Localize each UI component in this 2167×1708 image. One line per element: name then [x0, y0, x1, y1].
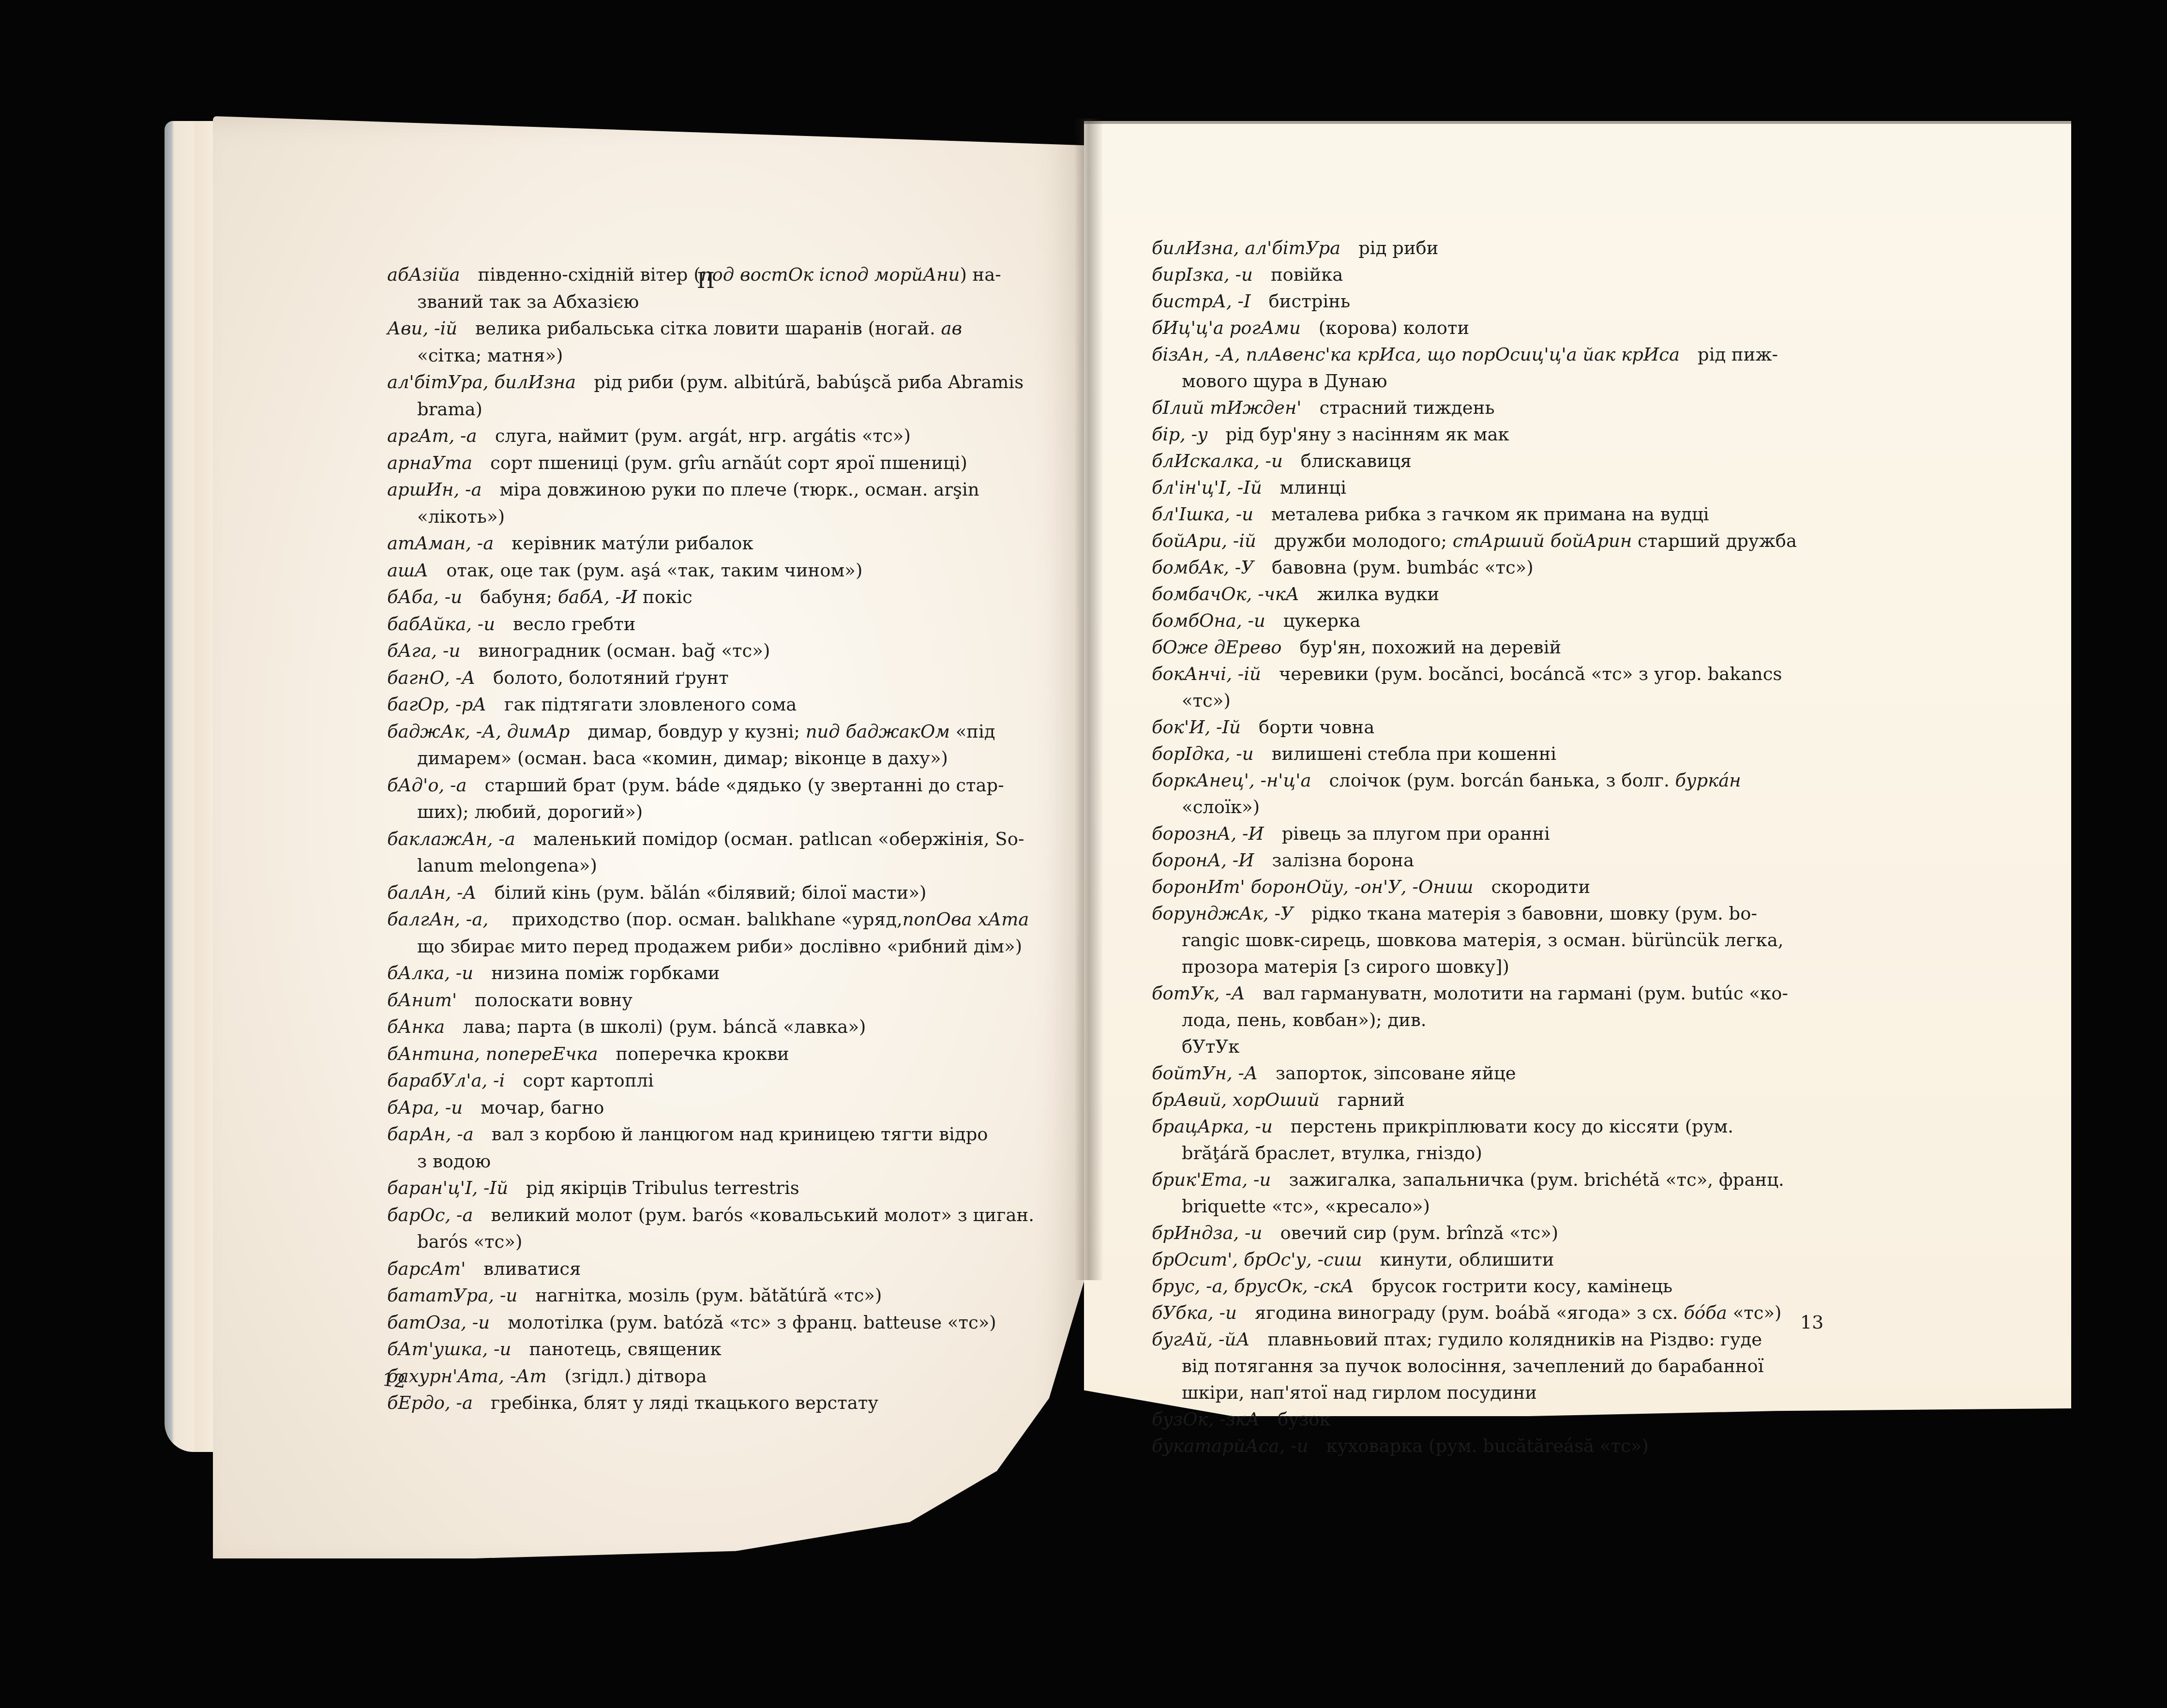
entry-gloss: димар, бовдур у кузні;	[588, 721, 806, 742]
entry-gloss: міра довжиною руки по плече (тюрк., осма…	[500, 479, 979, 500]
entry-headword: бАга, -и	[387, 640, 460, 661]
entry-gloss: сорт пшениці (рум. grîu arnăút сорт ярої…	[490, 453, 967, 473]
dictionary-entry: балгАн, -а, приходство (пор. осман. balı…	[387, 906, 1065, 933]
dictionary-entry: аршИн, -а міра довжиною руки по плече (т…	[387, 476, 1065, 503]
entry-headword: боронИт' боронОйу, -он'У, -Ониш	[1152, 877, 1473, 897]
entry-gloss: рід пиж-	[1698, 344, 1778, 365]
dictionary-entry: абАзійа південно-східній вітер (под вост…	[387, 261, 1065, 288]
entry-headword: бататУра, -и	[387, 1285, 517, 1306]
entry-headword: бОже дЕрево	[1152, 637, 1282, 658]
entry-continuation: лода, пень, ковбан»); див.	[1152, 1007, 1839, 1033]
entry-headword: абАзійа	[387, 264, 460, 285]
entry-headword: бомбачОк, -чкА	[1152, 584, 1299, 605]
dictionary-entry: атАман, -а керівник матýли рибалок	[387, 530, 1065, 557]
dictionary-entry: боронА, -И залізна борона	[1152, 847, 1839, 874]
dictionary-entry: бИц'ц'а рогАми (корова) колоти	[1152, 315, 1839, 341]
entry-gloss: борти човна	[1259, 717, 1374, 738]
entry-italic-note: буркáн	[1675, 770, 1741, 791]
entry-headword: балгАн, -а,	[387, 909, 494, 930]
entry-gloss: вал гармануватн, молотити на гармані (ру…	[1263, 983, 1788, 1004]
entry-italic-note: стАрший бойАрин	[1453, 530, 1632, 551]
entry-headword: брик'Ета, -и	[1152, 1169, 1271, 1190]
entry-continuation: brăţáră браслет, втулка, гніздо)	[1152, 1140, 1839, 1166]
entry-gloss: весло гребти	[513, 614, 635, 635]
entry-continuation: з водою	[387, 1148, 1065, 1175]
entry-italic-note: бóба	[1684, 1302, 1727, 1323]
left-page-entries: абАзійа південно-східній вітер (под вост…	[387, 261, 1065, 1417]
entry-gloss: повійка	[1271, 264, 1343, 285]
entry-continuation: від потягання за пучок волосіння, зачепл…	[1152, 1353, 1839, 1379]
dictionary-entry: боронИт' боронОйу, -он'У, -Ониш скородит…	[1152, 874, 1839, 900]
entry-headword: багнО, -А	[387, 667, 475, 688]
entry-headword: брОсит', брОс'у, -сиш	[1152, 1249, 1362, 1270]
entry-gloss: жилка вудки	[1317, 584, 1439, 605]
entry-continuation: шкіри, нап'ятої над гирлом посудини	[1152, 1379, 1839, 1406]
entry-continuation: brama)	[387, 396, 1065, 423]
entry-headword: бахурн'Ата, -Ат	[387, 1366, 547, 1387]
dictionary-entry: бАт'ушка, -и панотець, священик	[387, 1336, 1065, 1363]
entry-headword: ашА	[387, 560, 428, 581]
entry-headword: бАнит'	[387, 990, 457, 1011]
entry-gloss: блискавиця	[1301, 451, 1412, 471]
entry-gloss: кинути, облишити	[1380, 1249, 1554, 1270]
dictionary-entry: бАра, -и мочар, багно	[387, 1094, 1065, 1121]
entry-gloss: зажигалка, запальничка (рум. brichétă «т…	[1289, 1169, 1784, 1190]
entry-headword: бабАйка, -и	[387, 614, 495, 635]
entry-continuation: barós «тс»)	[387, 1228, 1065, 1255]
entry-headword: бок'И, -Ій	[1152, 717, 1241, 738]
entry-headword: барОс, -а	[387, 1205, 473, 1225]
entry-headword: бАра, -и	[387, 1097, 463, 1118]
entry-gloss: мочар, багно	[481, 1097, 604, 1118]
entry-continuation: «тс»)	[1152, 687, 1839, 714]
dictionary-entry: бАнка лава; парта (в школі) (рум. báncă …	[387, 1013, 1065, 1041]
entry-italic-note: под востОк іспод морйАни	[701, 264, 960, 285]
entry-continuation: прозора матерія [з сирого шовку])	[1152, 953, 1839, 980]
dictionary-entry: бір, -у рід бур'яну з насінням як мак	[1152, 421, 1839, 448]
dictionary-entry: Ави, -ій велика рибальська сітка ловити …	[387, 315, 1065, 342]
dictionary-entry: барОс, -а великий молот (рум. barós «ков…	[387, 1202, 1065, 1229]
entry-headword: бАба, -и	[387, 587, 462, 607]
entry-gloss-tail: покіс	[637, 587, 692, 607]
entry-italic-note: попОва хАта	[903, 909, 1029, 930]
dictionary-entry: бугАй, -йА плавньовий птах; гудило коляд…	[1152, 1326, 1839, 1353]
entry-headword: барАн, -а	[387, 1124, 474, 1145]
entry-gloss: черевики (рум. bocănci, bocáncă «тс» з у…	[1279, 664, 1782, 684]
entry-gloss: лава; парта (в школі) (рум. báncă «лавка…	[463, 1016, 866, 1037]
entry-gloss: гак підтягати зловленого сома	[504, 694, 797, 715]
entry-continuation: lanum melongena»)	[387, 852, 1065, 879]
dictionary-entry: бистрА, -І бистрінь	[1152, 288, 1839, 315]
entry-gloss: плавньовий птах; гудило колядників на Рі…	[1267, 1329, 1762, 1350]
entry-gloss: залізна борона	[1272, 850, 1414, 871]
entry-headword: бАнтина, попереЕчка	[387, 1043, 598, 1064]
entry-gloss: отак, оце так (рум. aşá «так, таким чино…	[446, 560, 862, 581]
entry-continuation: бУтУк	[1152, 1033, 1839, 1060]
entry-headword: борІдка, -и	[1152, 743, 1254, 764]
entry-gloss: поперечка крокви	[616, 1043, 789, 1064]
dictionary-entry: ашА отак, оце так (рум. aşá «так, таким …	[387, 557, 1065, 584]
dictionary-entry: баджАк, -А, димАр димар, бовдур у кузні;…	[387, 718, 1065, 745]
entry-continuation: rangic шовк-сирець, шовкова матерія, з о…	[1152, 927, 1839, 953]
dictionary-entry: брик'Ета, -и зажигалка, запальничка (рум…	[1152, 1166, 1839, 1193]
dictionary-entry: аргАт, -а слуга, наймит (рум. argát, нгр…	[387, 423, 1065, 450]
entry-headword: балАн, -А	[387, 882, 477, 903]
entry-headword: багОр, -рА	[387, 694, 486, 715]
entry-gloss: полоскати вовну	[475, 990, 632, 1011]
entry-gloss: страсний тиждень	[1319, 397, 1494, 418]
dictionary-entry: баклажАн, -а маленький помідор (осман. p…	[387, 826, 1065, 853]
entry-gloss: рідко ткана матерія з бавовни, шовку (ру…	[1311, 903, 1757, 924]
entry-headword: аргАт, -а	[387, 425, 477, 446]
entry-headword: букатарйАса, -и	[1152, 1436, 1309, 1456]
entry-gloss: нагнітка, мозіль (рум. bătătúră «тс»)	[535, 1285, 882, 1306]
entry-gloss: дружби молодого;	[1274, 530, 1453, 551]
entry-gloss: куховарка (рум. bucătăreásă «тс»)	[1326, 1436, 1649, 1456]
entry-headword: бИц'ц'а рогАми	[1152, 317, 1301, 338]
dictionary-entry: бАлка, -и низина поміж горбками	[387, 960, 1065, 987]
dictionary-entry: бАнит' полоскати вовну	[387, 987, 1065, 1014]
entry-continuation: що збирає мито перед продажем риби» досл…	[387, 933, 1065, 960]
dictionary-entry: билИзна, ал'бітУра рід риби	[1152, 235, 1839, 261]
entry-gloss: брусок гострити косу, камінець	[1372, 1276, 1672, 1297]
dictionary-entry: блИскалка, -и блискавиця	[1152, 448, 1839, 474]
entry-headword: бокАнчі, -ій	[1152, 664, 1261, 684]
dictionary-entry: бузОк, -зкА бузок	[1152, 1406, 1839, 1433]
entry-continuation: димарем» (осман. baca «комин, димар; вік…	[387, 745, 1065, 772]
entry-gloss: бур'ян, похожий на деревій	[1300, 637, 1562, 658]
dictionary-entry: бАнтина, попереЕчка поперечка крокви	[387, 1041, 1065, 1068]
dictionary-entry: бОже дЕрево бур'ян, похожий на деревій	[1152, 634, 1839, 661]
entry-gloss: слоічок (рум. borcán банька, з болг.	[1329, 770, 1675, 791]
entry-continuation: «слоїк»)	[1152, 794, 1839, 820]
page-number-left: 12	[381, 1369, 407, 1392]
dictionary-entry: брОсит', брОс'у, -сиш кинути, облишити	[1152, 1246, 1839, 1273]
dictionary-entry: брацАрка, -и перстень прикріплювати косу…	[1152, 1113, 1839, 1140]
entry-gloss: сорт картоплі	[523, 1070, 654, 1091]
entry-headword: бАд'о, -а	[387, 775, 467, 796]
entry-headword: бАлка, -и	[387, 963, 473, 983]
entry-gloss: рід риби (рум. albitúră, babúşcă риба Ab…	[594, 372, 1023, 393]
entry-gloss: рід якірців Tribulus terrestris	[526, 1178, 799, 1198]
dictionary-entry: ботУк, -А вал гармануватн, молотити на г…	[1152, 980, 1839, 1007]
entry-headword: бІлий тИжден'	[1152, 397, 1301, 418]
entry-gloss: слуга, наймит (рум. argát, нгр. argátis …	[495, 425, 911, 446]
entry-gloss: гребінка, блят у ляді ткацького верстату	[491, 1392, 878, 1413]
entry-headword: атАман, -а	[387, 533, 494, 554]
entry-italic-note: ав	[941, 318, 962, 339]
entry-headword: батОза, -и	[387, 1312, 490, 1333]
dictionary-entry: бататУра, -и нагнітка, мозіль (рум. bătă…	[387, 1282, 1065, 1309]
dictionary-entry: бомбачОк, -чкА жилка вудки	[1152, 581, 1839, 607]
entry-headword: блИскалка, -и	[1152, 451, 1283, 471]
entry-headword: бомбАк, -У	[1152, 557, 1254, 578]
dictionary-entry: бахурн'Ата, -Ат (згідл.) дітвора	[387, 1363, 1065, 1390]
entry-gloss: цукерка	[1283, 610, 1360, 631]
dictionary-entry: бойтУн, -А запорток, зіпсоване яйце	[1152, 1060, 1839, 1087]
entry-gloss: бистрінь	[1269, 291, 1350, 312]
entry-headword: бомбОна, -и	[1152, 610, 1265, 631]
entry-gloss: вливатися	[483, 1258, 581, 1279]
entry-gloss: бавовна (рум. bumbác «тс»)	[1272, 557, 1534, 578]
dictionary-entry: бабАйка, -и весло гребти	[387, 611, 1065, 638]
dictionary-entry: бл'Ішка, -и металева рибка з гачком як п…	[1152, 501, 1839, 528]
dictionary-entry: багнО, -А болото, болотяний ґрунт	[387, 665, 1065, 692]
entry-gloss-tail: «тс»)	[1727, 1302, 1782, 1323]
entry-gloss: овечий сир (рум. brînză «тс»)	[1280, 1223, 1558, 1243]
dictionary-entry: баран'ц'І, -Ій рід якірців Tribulus terr…	[387, 1175, 1065, 1202]
right-page-entries: билИзна, ал'бітУра рід рибибирІзка, -и п…	[1152, 235, 1839, 1459]
entry-headword: бугАй, -йА	[1152, 1329, 1249, 1350]
entry-headword: бл'ін'ц'І, -Ій	[1152, 477, 1262, 498]
dictionary-entry: бІлий тИжден' страсний тиждень	[1152, 394, 1839, 421]
entry-headword: брИндза, -и	[1152, 1223, 1262, 1243]
dictionary-entry: балАн, -А білий кінь (рум. bălán «біляви…	[387, 879, 1065, 907]
entry-gloss: металева рибка з гачком як примана на ву…	[1271, 504, 1709, 525]
dictionary-entry: бізАн, -А, плАвенс'ка крИса, що порОсиц'…	[1152, 341, 1839, 368]
entry-headword: бАнка	[387, 1016, 445, 1037]
dictionary-entry: бл'ін'ц'І, -Ій млинці	[1152, 474, 1839, 501]
dictionary-entry: бАд'о, -а старший брат (рум. báde «дядьк…	[387, 772, 1065, 799]
entry-gloss: вилишені стебла при кошенні	[1272, 743, 1557, 764]
entry-continuation: мового щура в Дунаю	[1152, 368, 1839, 394]
entry-gloss-tail: ) на-	[960, 264, 1001, 285]
entry-gloss: ягодина винограду (рум. boábă «ягода» з …	[1255, 1302, 1684, 1323]
dictionary-entry: борунджАк, -У рідко ткана матерія з баво…	[1152, 900, 1839, 927]
dictionary-entry: брИндза, -и овечий сир (рум. brînză «тс»…	[1152, 1220, 1839, 1246]
entry-continuation: «лікоть»)	[387, 503, 1065, 530]
dictionary-entry: ал'бітУра, билИзна рід риби (рум. albitú…	[387, 369, 1065, 396]
entry-headword: бл'Ішка, -и	[1152, 504, 1253, 525]
entry-gloss: південно-східній вітер (	[478, 264, 701, 285]
dictionary-entry: боркАнец', -н'ц'а слоічок (рум. borcán б…	[1152, 767, 1839, 794]
entry-gloss: старший брат (рум. báde «дядько (у зверт…	[485, 775, 1004, 796]
entry-gloss-tail: старший дружба	[1632, 530, 1797, 551]
dictionary-entry: бойАри, -ій дружби молодого; стАрший бой…	[1152, 528, 1839, 554]
entry-headword: бистрА, -І	[1152, 291, 1251, 312]
entry-headword: ботУк, -А	[1152, 983, 1245, 1004]
dictionary-entry: борознА, -И рівець за плугом при оранні	[1152, 820, 1839, 847]
dictionary-entry: бирІзка, -и повійка	[1152, 261, 1839, 288]
dictionary-entry: барсАт' вливатися	[387, 1255, 1065, 1283]
entry-gloss: млинці	[1280, 477, 1346, 498]
entry-gloss: маленький помідор (осман. patlıcan «обер…	[533, 829, 1024, 849]
entry-headword: бір, -у	[1152, 424, 1208, 445]
dictionary-entry: бУбка, -и ягодина винограду (рум. boábă …	[1152, 1300, 1839, 1326]
entry-headword: баран'ц'І, -Ій	[387, 1178, 508, 1198]
entry-headword: брус, -а, брусОк, -скА	[1152, 1276, 1354, 1297]
entry-headword: баклажАн, -а	[387, 829, 515, 849]
entry-headword: бЕрдо, -а	[387, 1392, 473, 1413]
entry-headword: борознА, -И	[1152, 823, 1264, 844]
dictionary-entry: багОр, -рА гак підтягати зловленого сома	[387, 691, 1065, 718]
dictionary-entry: барабУл'а, -і сорт картоплі	[387, 1067, 1065, 1094]
entry-gloss: вал з корбою й ланцюгом над криницею тяг…	[492, 1124, 988, 1145]
dictionary-entry: арнаУта сорт пшениці (рум. grîu arnăút с…	[387, 450, 1065, 477]
entry-gloss: запорток, зіпсоване яйце	[1276, 1063, 1516, 1084]
entry-headword: билИзна, ал'бітУра	[1152, 238, 1340, 258]
dictionary-entry: бок'И, -Ій борти човна	[1152, 714, 1839, 741]
dictionary-entry: бокАнчі, -ій черевики (рум. bocănci, boc…	[1152, 661, 1839, 687]
entry-headword: бізАн, -А, плАвенс'ка крИса, що порОсиц'…	[1152, 344, 1680, 365]
entry-headword: борунджАк, -У	[1152, 903, 1294, 924]
entry-gloss: велика рибальська сітка ловити шаранів (…	[475, 318, 941, 339]
entry-gloss: низина поміж горбками	[491, 963, 720, 983]
entry-headword: баджАк, -А, димАр	[387, 721, 570, 742]
entry-headword: арнаУта	[387, 453, 472, 473]
entry-headword: аршИн, -а	[387, 479, 482, 500]
entry-gloss: (корова) колоти	[1319, 317, 1469, 338]
dictionary-entry: бомбАк, -У бавовна (рум. bumbác «тс»)	[1152, 554, 1839, 581]
entry-continuation: званий так за Абхазією	[387, 288, 1065, 316]
entry-gloss: скородити	[1491, 877, 1590, 897]
dictionary-entry: брус, -а, брусОк, -скА брусок гострити к…	[1152, 1273, 1839, 1300]
book-gutter	[1074, 119, 1103, 1280]
entry-continuation: ших); любий, дорогий»)	[387, 799, 1065, 826]
entry-headword: бузОк, -зкА	[1152, 1409, 1260, 1430]
entry-headword: ал'бітУра, билИзна	[387, 372, 576, 393]
dictionary-entry: бАба, -и бабуня; бабА, -И покіс	[387, 584, 1065, 611]
entry-gloss: гарний	[1338, 1089, 1405, 1110]
entry-gloss: керівник матýли рибалок	[512, 533, 753, 554]
entry-gloss: (згідл.) дітвора	[565, 1366, 707, 1387]
entry-headword: барсАт'	[387, 1258, 466, 1279]
entry-continuation: «сітка; матня»)	[387, 342, 1065, 369]
dictionary-entry: брАвий, хорОший гарний	[1152, 1087, 1839, 1113]
entry-gloss: бузок	[1278, 1409, 1331, 1430]
page-number-right: 13	[1800, 1312, 1823, 1333]
entry-gloss: рівець за плугом при оранні	[1282, 823, 1550, 844]
entry-headword: брАвий, хорОший	[1152, 1089, 1320, 1110]
entry-gloss: панотець, священик	[529, 1339, 721, 1360]
dictionary-entry: бомбОна, -и цукерка	[1152, 607, 1839, 634]
entry-gloss: білий кінь (рум. bălán «білявий; білої м…	[495, 882, 927, 903]
entry-gloss: болото, болотяний ґрунт	[493, 667, 729, 688]
entry-headword: бирІзка, -и	[1152, 264, 1253, 285]
entry-headword: брацАрка, -и	[1152, 1116, 1273, 1137]
entry-continuation: briquette «тс», «кресало»)	[1152, 1193, 1839, 1220]
dictionary-entry: барАн, -а вал з корбою й ланцюгом над кр…	[387, 1121, 1065, 1148]
entry-gloss: перстень прикріплювати косу до кіссяти (…	[1291, 1116, 1733, 1137]
entry-italic-note: бабА, -И	[558, 587, 637, 607]
dictionary-entry: батОза, -и молотілка (рум. batóză «тс» з…	[387, 1309, 1065, 1336]
entry-gloss: молотілка (рум. batóză «тс» з франц. bat…	[508, 1312, 996, 1333]
entry-headword: бУбка, -и	[1152, 1302, 1237, 1323]
entry-gloss: великий молот (рум. barós «ковальський м…	[491, 1205, 1034, 1225]
dictionary-entry: борІдка, -и вилишені стебла при кошенні	[1152, 741, 1839, 767]
entry-italic-note: пид баджакОм	[806, 721, 950, 742]
dictionary-entry: бЕрдо, -а гребінка, блят у ляді ткацьког…	[387, 1390, 1065, 1417]
entry-headword: Ави, -ій	[387, 318, 457, 339]
dictionary-entry: букатарйАса, -и куховарка (рум. bucătăre…	[1152, 1433, 1839, 1459]
entry-headword: бАт'ушка, -и	[387, 1339, 511, 1360]
entry-headword: бойАри, -ій	[1152, 530, 1256, 551]
entry-gloss: приходство (пор. осман. balıkhane «уряд,	[512, 909, 903, 930]
entry-headword: боронА, -И	[1152, 850, 1254, 871]
entry-headword: барабУл'а, -і	[387, 1070, 505, 1091]
entry-gloss: рід бур'яну з насінням як мак	[1226, 424, 1509, 445]
entry-gloss: рід риби	[1358, 238, 1438, 258]
entry-gloss: виноградник (осман. bağ «тс»)	[478, 640, 770, 661]
entry-gloss-tail: «під	[950, 721, 995, 742]
entry-headword: боркАнец', -н'ц'а	[1152, 770, 1311, 791]
dictionary-entry: бАга, -и виноградник (осман. bağ «тс»)	[387, 637, 1065, 665]
entry-gloss: бабуня;	[480, 587, 558, 607]
entry-headword: бойтУн, -А	[1152, 1063, 1258, 1084]
